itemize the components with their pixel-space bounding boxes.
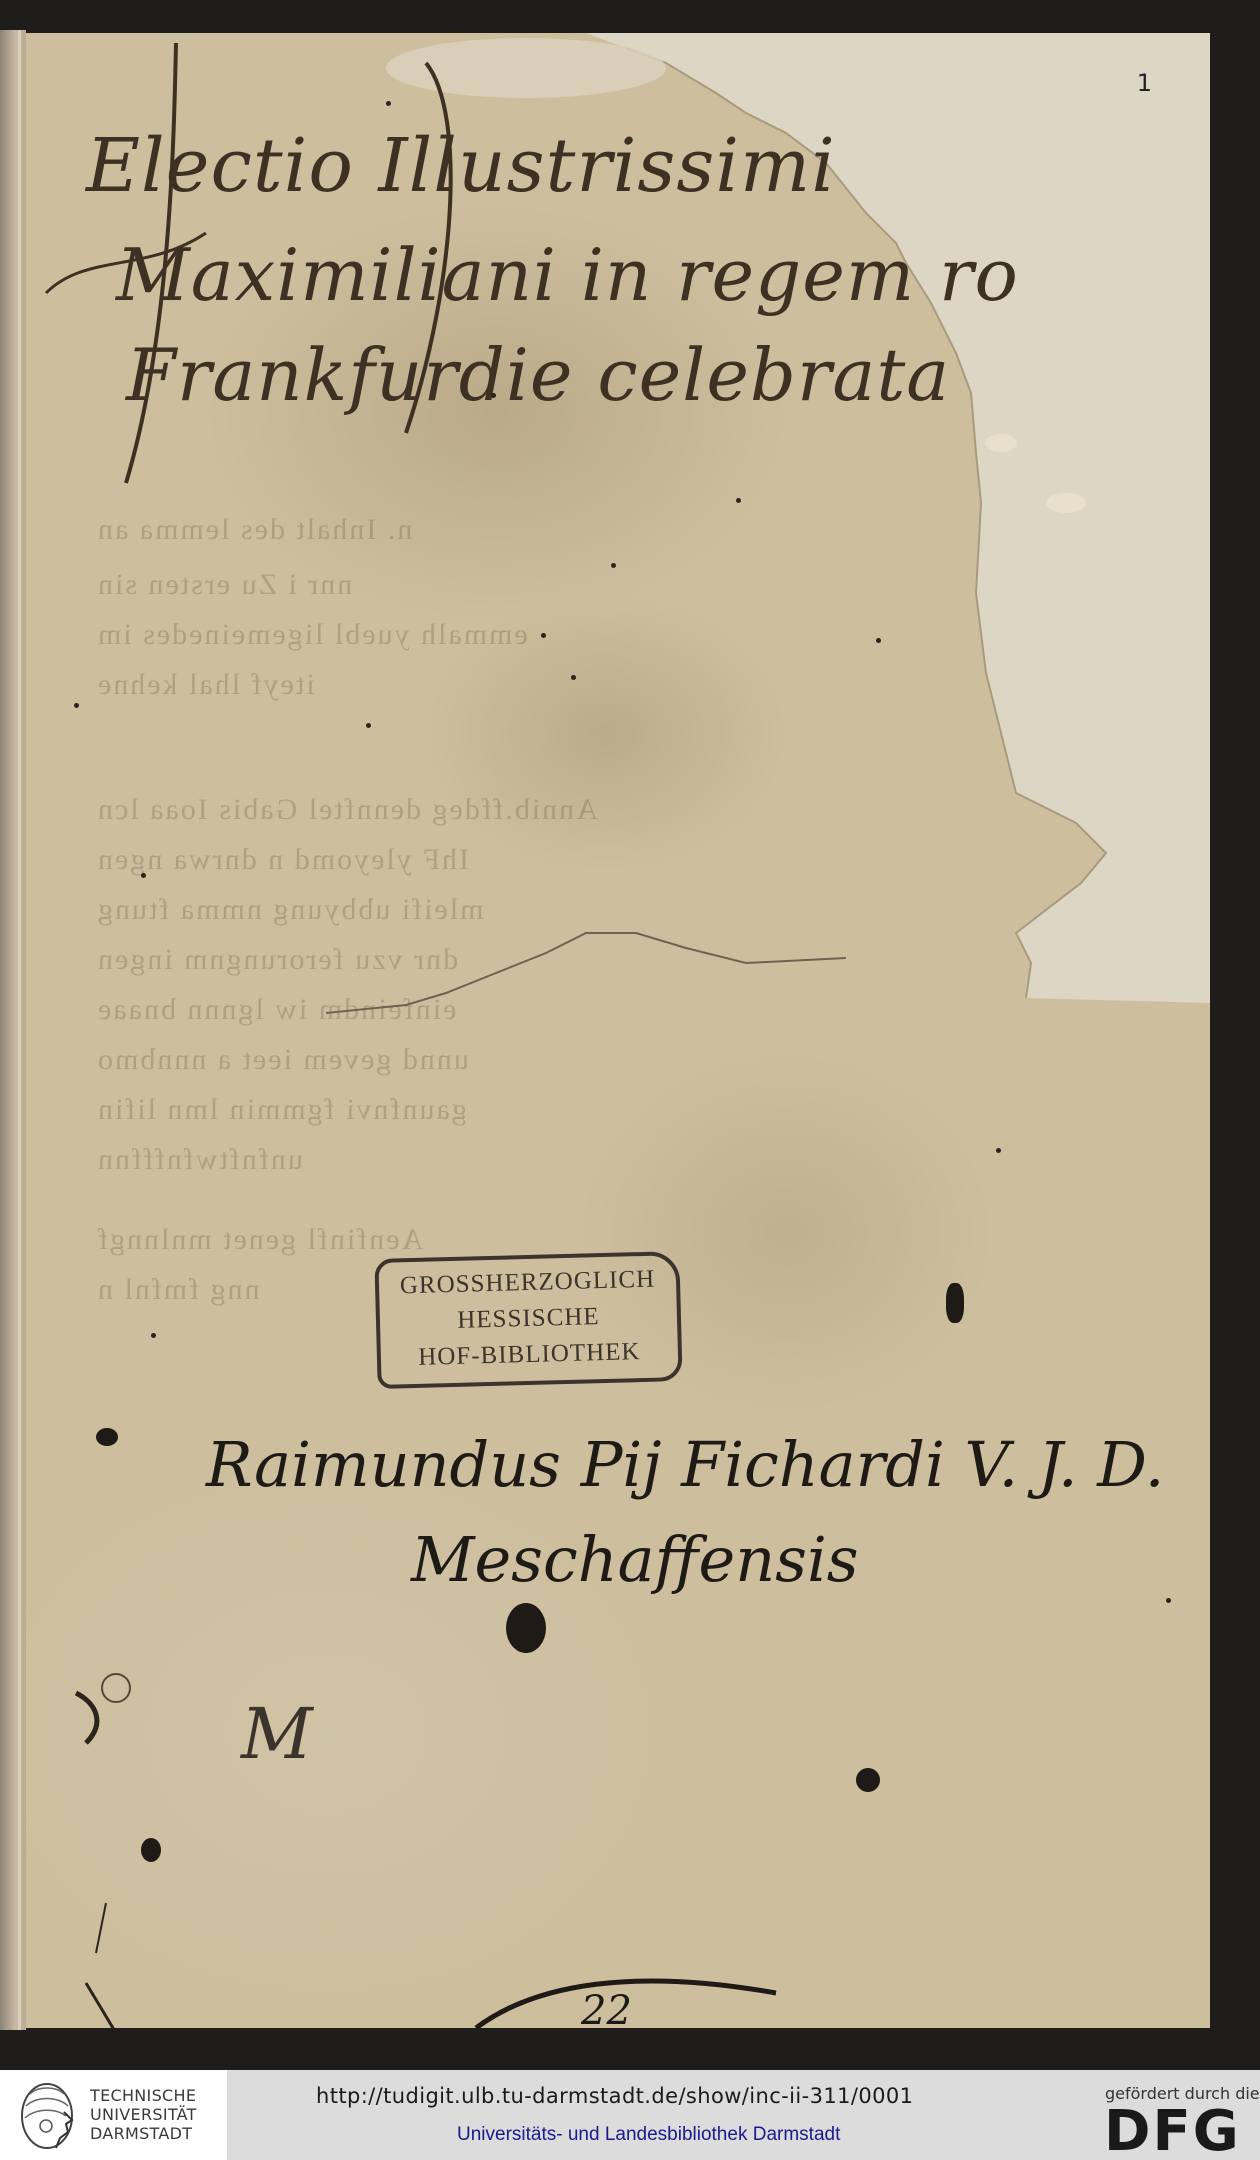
library-name-link[interactable]: Universitäts- und Landesbibliothek Darms… bbox=[457, 2124, 840, 2146]
paper-crack bbox=[26, 913, 1210, 1033]
footer-bar: TECHNISCHE UNIVERSITÄT DARMSTADT http://… bbox=[0, 2070, 1260, 2160]
scanned-document-image: 1 n. Inhalt des lemma an nnr i Zu ersten… bbox=[0, 0, 1260, 2070]
athena-head-icon bbox=[20, 2082, 78, 2150]
manuscript-page: 1 n. Inhalt des lemma an nnr i Zu ersten… bbox=[26, 33, 1210, 2028]
marginal-scribbles bbox=[26, 1633, 286, 2028]
ink-blot bbox=[506, 1603, 546, 1653]
ink-speck bbox=[141, 873, 146, 878]
ink-speck bbox=[876, 638, 881, 643]
ink-speck bbox=[366, 723, 371, 728]
library-stamp: GROSSHERZOGLICH HESSISCHE HOF-BIBLIOTHEK bbox=[374, 1251, 682, 1389]
ink-speck bbox=[571, 675, 576, 680]
signature-line: Meschaffensis bbox=[411, 1523, 859, 1596]
ink-blot bbox=[946, 1283, 964, 1323]
ink-speck bbox=[151, 1333, 156, 1338]
ink-speck bbox=[74, 703, 79, 708]
bottom-number: 22 bbox=[581, 1988, 632, 2028]
ink-speck bbox=[611, 563, 616, 568]
tu-darmstadt-logo[interactable]: TECHNISCHE UNIVERSITÄT DARMSTADT bbox=[0, 2070, 227, 2160]
book-gutter bbox=[0, 30, 26, 2030]
ink-speck bbox=[1166, 1598, 1171, 1603]
ink-speck bbox=[386, 101, 391, 106]
ink-blot bbox=[856, 1768, 880, 1792]
ink-speck bbox=[736, 498, 741, 503]
ink-speck bbox=[491, 393, 496, 398]
tu-darmstadt-wordmark: TECHNISCHE UNIVERSITÄT DARMSTADT bbox=[90, 2086, 197, 2143]
pen-flourishes bbox=[26, 33, 1210, 533]
permalink-url[interactable]: http://tudigit.ulb.tu-darmstadt.de/show/… bbox=[316, 2084, 913, 2108]
ink-speck bbox=[541, 633, 546, 638]
ink-speck bbox=[996, 1148, 1001, 1153]
ink-blot bbox=[96, 1428, 118, 1446]
ink-blot bbox=[141, 1838, 161, 1862]
dfg-logo[interactable]: DFG bbox=[1104, 2104, 1241, 2160]
signature-line: Raimundus Pij Fichardi V. J. D. bbox=[206, 1428, 1165, 1501]
